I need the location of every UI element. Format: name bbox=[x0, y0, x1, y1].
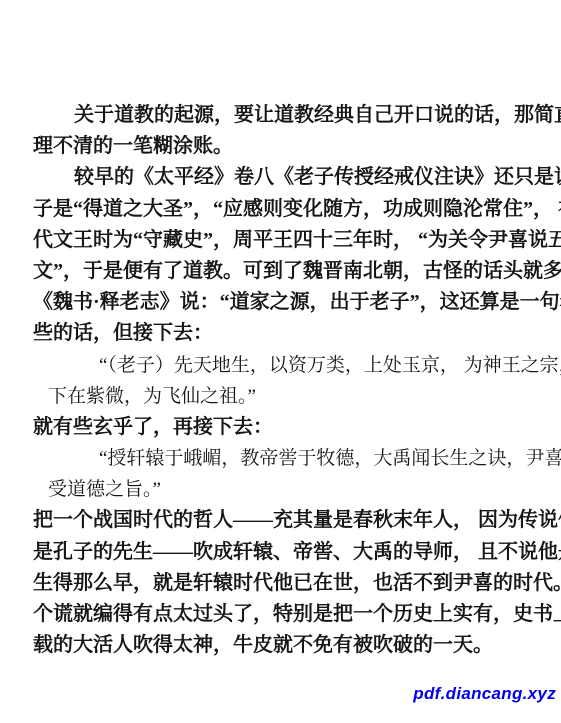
quote-line: 受道德之旨。” bbox=[33, 474, 538, 505]
text-line: 把一个战国时代的哲人——充其量是春秋末年人， 因为传说他 bbox=[33, 505, 538, 536]
text-line: 关于道教的起源，要让道教经典自己开口说的话，那简直是 bbox=[33, 100, 538, 131]
text-line: 代文王时为“守藏史”，周平王四十三年时， “为关令尹喜说五千 bbox=[33, 225, 538, 256]
text-line: 些的话，但接下去： bbox=[33, 318, 538, 349]
quote-line: 下在紫微，为飞仙之祖。” bbox=[33, 381, 538, 412]
text-block: 关于道教的起源，要让道教经典自己开口说的话，那简直是 理不清的一笔糊涂账。 较早… bbox=[33, 100, 538, 661]
watermark: pdf.diancang.xyz bbox=[413, 684, 556, 704]
quote-line: “授轩辕于峨嵋，教帝喾于牧德，大禹闻长生之诀，尹喜 bbox=[33, 443, 538, 474]
text-line: 文”，于是便有了道教。可到了魏晋南北朝，古怪的话头就多了， bbox=[33, 256, 538, 287]
text-line: 个谎就编得有点太过头了，特别是把一个历史上实有，史书上记 bbox=[33, 599, 538, 630]
text-line: 《魏书·释老志》说：“道家之源，出于老子”，这还算是一句老实 bbox=[33, 287, 538, 318]
text-line: 是孔子的先生——吹成轩辕、帝喾、大禹的导师， 且不说他是否 bbox=[33, 537, 538, 568]
text-line: 较早的《太平经》卷八《老子传授经戒仪注诀》还只是说， 老 bbox=[33, 162, 538, 193]
text-line: 生得那么早，就是轩辕时代他已在世，也活不到尹喜的时代。这 bbox=[33, 568, 538, 599]
page: 关于道教的起源，要让道教经典自己开口说的话，那简直是 理不清的一笔糊涂账。 较早… bbox=[0, 0, 561, 723]
text-line: 就有些玄乎了，再接下去： bbox=[33, 412, 538, 443]
text-line: 理不清的一笔糊涂账。 bbox=[33, 131, 538, 162]
quote-line: “（老子）先天地生，以资万类，上处玉京， 为神王之宗， bbox=[33, 350, 538, 381]
text-line: 子是“得道之大圣”，“应感则变化随方，功成则隐沦常住”， 在周 bbox=[33, 194, 538, 225]
text-line: 载的大活人吹得太神，牛皮就不免有被吹破的一天。 bbox=[33, 630, 538, 661]
